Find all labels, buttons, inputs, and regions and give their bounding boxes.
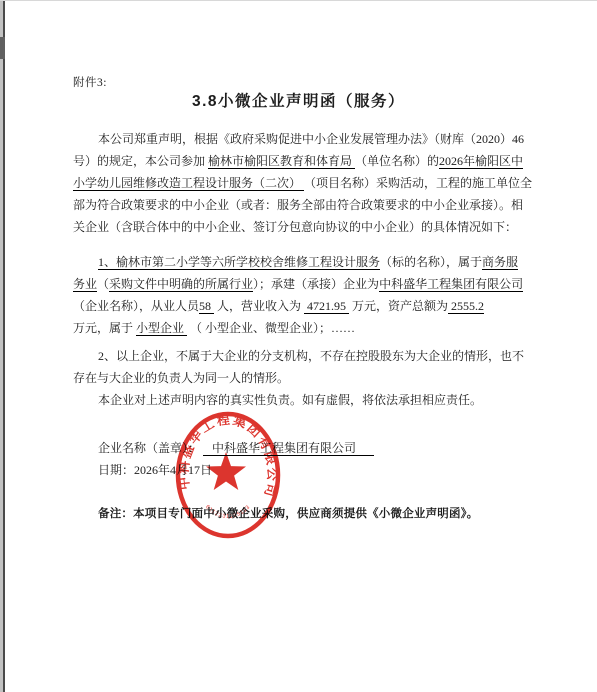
doc-line: 本企业对上述声明内容的真实性负责。如有虚假，将依法承担相应责任。	[73, 389, 573, 411]
text-segment: 万元，属于	[73, 321, 136, 335]
filled-blank-text: 小型企业	[136, 321, 187, 336]
text-segment: （	[97, 277, 109, 291]
filled-blank-text: 中科盛华工程集团有限公司	[379, 277, 523, 292]
text-segment: （标的名称），属于	[380, 255, 482, 269]
text-segment: （企业名称），从业人员	[73, 299, 199, 313]
doc-body: 本公司郑重声明，根据《政府采购促进中小企业发展管理办法》（财库（2020）46号…	[73, 128, 573, 525]
doc-line: 日期：2026年4月17日	[73, 459, 573, 481]
page-title: 3.8小微企业声明函（服务）	[0, 89, 597, 111]
doc-line: 万元，属于 小型企业 （ 小型企业、微型企业）；……	[73, 317, 573, 339]
filled-blank-text: 58	[199, 299, 214, 314]
text-segment: 企业名称（盖章）：	[98, 441, 203, 455]
filled-blank-text: 小学幼儿园维修改造工程设计服务（二次）	[73, 176, 304, 191]
text-segment: 备注：本项目专门面中小微企业采购，供应商须提供《小微企业声明函》。	[98, 508, 478, 520]
doc-line: 2、以上企业，不属于大企业的分支机构，不存在控股股东为大企业的情形，也不	[73, 345, 573, 367]
doc-line: 号）的规定，本公司参加 榆林市榆阳区教育和体育局 （单位名称）的2026年榆阳区…	[73, 150, 573, 172]
doc-line: 部为符合政策要求的中小企业（或者：服务全部由符合政策要求的中小企业承接）。相	[73, 194, 573, 216]
doc-line: 本公司郑重声明，根据《政府采购促进中小企业发展管理办法》（财库（2020）46	[73, 128, 573, 150]
filled-blank-text: 1、榆林市第二小学等六所学校校舍维修工程设计服务	[98, 255, 380, 270]
document-page: 附件3: 3.8小微企业声明函（服务） 本公司郑重声明，根据《政府采购促进中小企…	[0, 0, 597, 692]
text-segment: 关企业（含联合体中的中小企业、签订分包意向协议的中小企业）的具体情况如下：	[73, 220, 517, 234]
filled-blank-text: 2026年榆阳区中	[439, 154, 523, 169]
doc-line: （企业名称），从业人员58 人，营业收入为 4721.95 万元，资产总额为 2…	[73, 295, 573, 317]
text-segment: 存在与大企业的负责人为同一人的情形。	[73, 371, 289, 385]
doc-line: 小学幼儿园维修改造工程设计服务（二次） （项目名称）采购活动，工程的施工单位全	[73, 172, 573, 194]
window-edge-strip	[0, 1, 5, 692]
filled-blank-text: 榆林市榆阳区教育和体育局	[208, 154, 355, 169]
text-segment: 日期：2026年4月17日	[98, 463, 212, 477]
text-segment: 本公司郑重声明，根据《政府采购促进中小企业发展管理办法》（财库（2020）46	[98, 132, 524, 146]
filled-blank-text: 4721.95	[304, 299, 349, 314]
doc-line: 务业（采购文件中明确的所属行业）；承建（承接）企业为中科盛华工程集团有限公司	[73, 273, 573, 295]
doc-line: 关企业（含联合体中的中小企业、签订分包意向协议的中小企业）的具体情况如下：	[73, 216, 573, 238]
doc-line: 企业名称（盖章）： 中科盛华工程集团有限公司	[73, 437, 573, 459]
text-segment: 号）的规定，本公司参加	[73, 154, 208, 168]
doc-line: 备注：本项目专门面中小微企业采购，供应商须提供《小微企业声明函》。	[73, 503, 573, 525]
filled-blank-text: 中科盛华工程集团有限公司	[203, 441, 374, 456]
scrollbar-thumb[interactable]	[0, 37, 5, 59]
text-segment: 人，营业收入为	[214, 299, 304, 313]
text-segment: 部为符合政策要求的中小企业（或者：服务全部由符合政策要求的中小企业承接）。相	[73, 198, 523, 212]
filled-blank-text: 采购文件中明确的所属行业	[109, 277, 253, 292]
attachment-label: 附件3:	[73, 74, 107, 90]
text-segment: 万元，资产总额为	[349, 299, 448, 313]
filled-blank-text: 商务服	[482, 255, 518, 270]
filled-blank-text: 2555.2	[448, 299, 484, 314]
text-segment: 本企业对上述声明内容的真实性负责。如有虚假，将依法承担相应责任。	[98, 393, 482, 407]
filled-blank-text: 务业	[73, 277, 97, 292]
doc-line: 1、榆林市第二小学等六所学校校舍维修工程设计服务（标的名称），属于商务服	[73, 251, 573, 273]
text-segment: （ 小型企业、微型企业）；……	[187, 321, 355, 335]
text-segment: 2、以上企业，不属于大企业的分支机构，不存在控股股东为大企业的情形，也不	[98, 349, 524, 363]
text-segment: ）；承建（承接）企业为	[253, 277, 379, 291]
text-segment: （项目名称）采购活动，工程的施工单位全	[304, 176, 532, 190]
text-segment: （单位名称）的	[355, 154, 439, 168]
doc-line: 存在与大企业的负责人为同一人的情形。	[73, 367, 573, 389]
